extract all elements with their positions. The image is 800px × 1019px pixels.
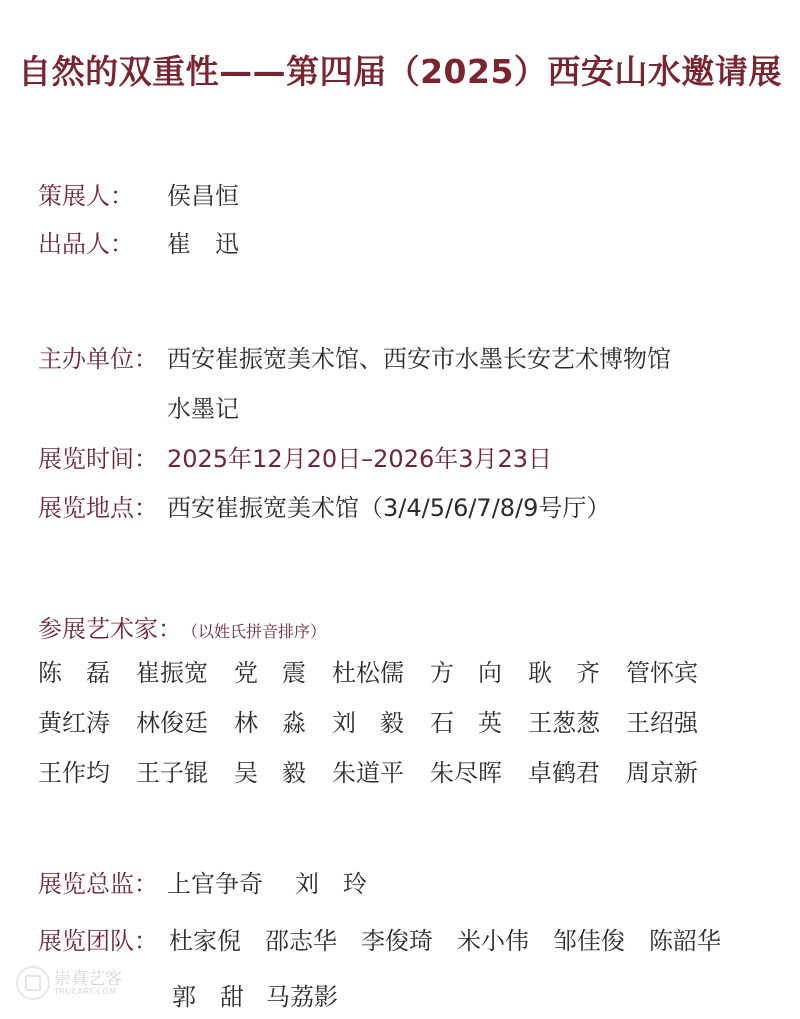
- team-member: 邵志华: [265, 926, 337, 956]
- artist-name: 陈 磊: [38, 658, 136, 688]
- time-value: 2025年12月20日–2026年3月23日: [167, 444, 552, 474]
- organizers-value-line2: 水墨记: [167, 394, 239, 424]
- venue-value: 西安崔振宽美术馆（3/4/5/6/7/8/9号厅）: [167, 493, 610, 523]
- time-row: 展览时间： 2025年12月20日–2026年3月23日: [38, 444, 552, 474]
- artist-name: 石 英: [430, 708, 528, 738]
- producer-row: 出品人： 崔 迅: [38, 229, 239, 259]
- producer-value: 崔 迅: [167, 229, 239, 259]
- watermark: 崇真艺客 TRUEART.COM: [16, 966, 122, 1000]
- artist-name: 方 向: [430, 658, 528, 688]
- team-row-2: 郭 甜 马荔影: [172, 982, 338, 1012]
- chat-bubble-icon: [16, 966, 50, 1000]
- curator-value: 侯昌恒: [167, 181, 239, 211]
- team-member: 郭 甜: [172, 982, 244, 1012]
- producer-label: 出品人：: [38, 229, 167, 259]
- venue-label: 展览地点：: [38, 493, 167, 523]
- team-label: 展览团队：: [38, 926, 169, 956]
- artist-name: 杜松儒: [332, 658, 430, 688]
- organizers-row: 主办单位： 西安崔振宽美术馆、西安市水墨长安艺术博物馆: [38, 344, 671, 374]
- curator-row: 策展人： 侯昌恒: [38, 181, 239, 211]
- artist-name: 卓鹤君: [528, 758, 626, 788]
- director-name: 刘 玲: [295, 869, 367, 899]
- watermark-en: TRUEART.COM: [54, 988, 122, 996]
- artist-name: 崔振宽: [136, 658, 234, 688]
- artist-name: 王葱葱: [528, 708, 626, 738]
- artists-label: 参展艺术家：: [38, 609, 182, 644]
- team-member: 马荔影: [266, 982, 338, 1012]
- director-name: 上官争奇: [167, 869, 263, 899]
- artist-name: 吴 毅: [234, 758, 332, 788]
- artist-name: 黄红涛: [38, 708, 136, 738]
- artist-name: 林俊廷: [136, 708, 234, 738]
- artist-name: 周京新: [626, 758, 724, 788]
- director-label: 展览总监：: [38, 869, 167, 899]
- curator-label: 策展人：: [38, 181, 167, 211]
- artists-heading: 参展艺术家：（以姓氏拼音排序）: [38, 609, 326, 644]
- artist-name: 耿 齐: [528, 658, 626, 688]
- artist-name: 朱道平: [332, 758, 430, 788]
- team-member: 陈韶华: [649, 926, 721, 956]
- team-member: 杜家倪: [169, 926, 241, 956]
- organizers-label: 主办单位：: [38, 344, 167, 374]
- team-member: 米小伟: [457, 926, 529, 956]
- artist-name: 王作均: [38, 758, 136, 788]
- artist-name: 朱尽晖: [430, 758, 528, 788]
- venue-row: 展览地点： 西安崔振宽美术馆（3/4/5/6/7/8/9号厅）: [38, 493, 610, 523]
- organizers-value: 西安崔振宽美术馆、西安市水墨长安艺术博物馆: [167, 344, 671, 374]
- artist-list: 陈 磊 崔振宽 党 震 杜松儒 方 向 耿 齐 管怀宾 黄红涛 林俊廷 林 淼 …: [38, 658, 800, 788]
- team-member: 邹佳俊: [553, 926, 625, 956]
- team-member: 李俊琦: [361, 926, 433, 956]
- artist-name: 王子锟: [136, 758, 234, 788]
- artist-name: 管怀宾: [626, 658, 724, 688]
- exhibition-title: 自然的双重性——第四届（2025）西安山水邀请展: [0, 46, 800, 93]
- artists-sort-note: （以姓氏拼音排序）: [182, 622, 326, 641]
- watermark-cn: 崇真艺客: [54, 971, 122, 988]
- artist-name: 林 淼: [234, 708, 332, 738]
- artist-name: 党 震: [234, 658, 332, 688]
- team-row: 展览团队： 杜家倪 邵志华 李俊琦 米小伟 邹佳俊 陈韶华: [38, 926, 721, 956]
- time-label: 展览时间：: [38, 444, 167, 474]
- artist-name: 王绍强: [626, 708, 724, 738]
- artist-name: 刘 毅: [332, 708, 430, 738]
- director-row: 展览总监： 上官争奇 刘 玲: [38, 869, 367, 899]
